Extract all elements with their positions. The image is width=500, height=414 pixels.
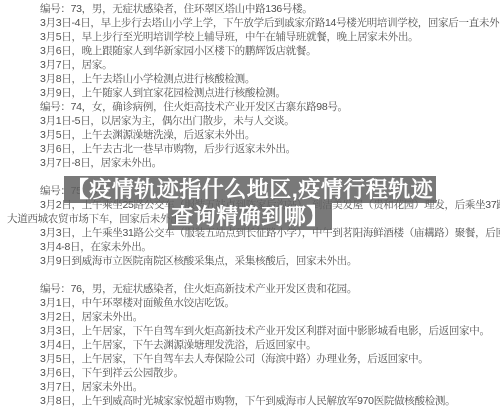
trajectory-line: 3月5日，上午居家，下午自驾车去人寿保险公司（海滨中路）办理业务，后返回家中。 — [0, 352, 500, 366]
trajectory-line: 3月3日，上午乘坐31路公交车（服装五站点到长征路小学），中午到茗阳海鲜酒楼（庙… — [0, 226, 500, 240]
trajectory-line: 编号：74，女，确诊病例，住火炬高技术产业开发区古寨东路98号。 — [0, 100, 500, 114]
trajectory-line: 编号：76，男，无症状感染者，住火炬高新技术产业开发区贵和花园。 — [0, 282, 500, 296]
trajectory-line: 3月2日，居家未外出。 — [0, 310, 500, 324]
blank-line — [0, 170, 500, 184]
trajectory-line: 编号：73，男，无症状感染者，住环翠区塔山中路136号楼。 — [0, 2, 500, 16]
trajectory-line: 3月5日，上午去渊源澡塘洗澡，后返家未外出。 — [0, 128, 500, 142]
trajectory-line: 3月7日，居家未外出。 — [0, 380, 500, 394]
trajectory-line: 3月9日到威海市立医院南院区核酸采集点，采集核酸后，回家未外出。 — [0, 254, 500, 268]
trajectory-line: 3月7日-8日，居家未外出。 — [0, 156, 500, 170]
trajectory-line: 3月9日，上午随家人到宜家花园检测点进行核酸检测。 — [0, 86, 500, 100]
trajectory-line: 3月1日-5日，以居家为主，偶尔出门散步，未与人交谈。 — [0, 114, 500, 128]
trajectory-line: 3月8日，上午到威高时光城家家悦超市购物，下午到威海市人民解放军970医院做核酸… — [0, 394, 500, 408]
trajectory-line: 3月5日，早上步行至光明培训学校上辅导班，中午在辅导班就餐，晚上居家未外出。 — [0, 30, 500, 44]
trajectory-line: 3月6日，下午到祥云公园散步。 — [0, 366, 500, 380]
trajectory-line: 3月2日，上午乘坐25路公交车（服装五站点到陈家后沟站），到洁美发屋（贵和花园）… — [0, 198, 500, 212]
trajectory-line: 3月3日，上午居家，下午自驾车到火炬高新技术产业开发区利群对面中影影城看电影，后… — [0, 324, 500, 338]
trajectory-line: 3月7日，居家。 — [0, 58, 500, 72]
article-screenshot: 编号：73，男，无症状感染者，住环翠区塔山中路136号楼。3月3日-4日，早上步… — [0, 0, 500, 414]
trajectory-line: 3月6日，上午去古北一巷早市购物，后步行返家未外出。 — [0, 142, 500, 156]
trajectory-line: 3月4-8日，在家未外出。 — [0, 240, 500, 254]
trajectory-line: 3月3日-4日，早上步行去塔山小学上学，下午放学后到戚家夼路14号楼光明培训学校… — [0, 16, 500, 30]
trajectory-line: 3月4日，上午居家，下午去渊源澡塘理发洗浴，后返回家中。 — [0, 338, 500, 352]
blank-line — [0, 268, 500, 282]
trajectory-text-block: 编号：73，男，无症状感染者，住环翠区塔山中路136号楼。3月3日-4日，早上步… — [0, 2, 500, 408]
trajectory-line: 3月6日，晚上跟随家人到华新家园小区楼下的鹏辉饭店就餐。 — [0, 44, 500, 58]
trajectory-line: 编号：75，男， — [0, 184, 500, 198]
trajectory-line: 3月1日，中午环翠楼对面鲅鱼水饺店吃饭。 — [0, 296, 500, 310]
trajectory-line: 大道西城农贸市场下车，回家后未外出。 — [0, 212, 500, 226]
trajectory-line: 3月8日，上午去塔山小学检测点进行核酸检测。 — [0, 72, 500, 86]
